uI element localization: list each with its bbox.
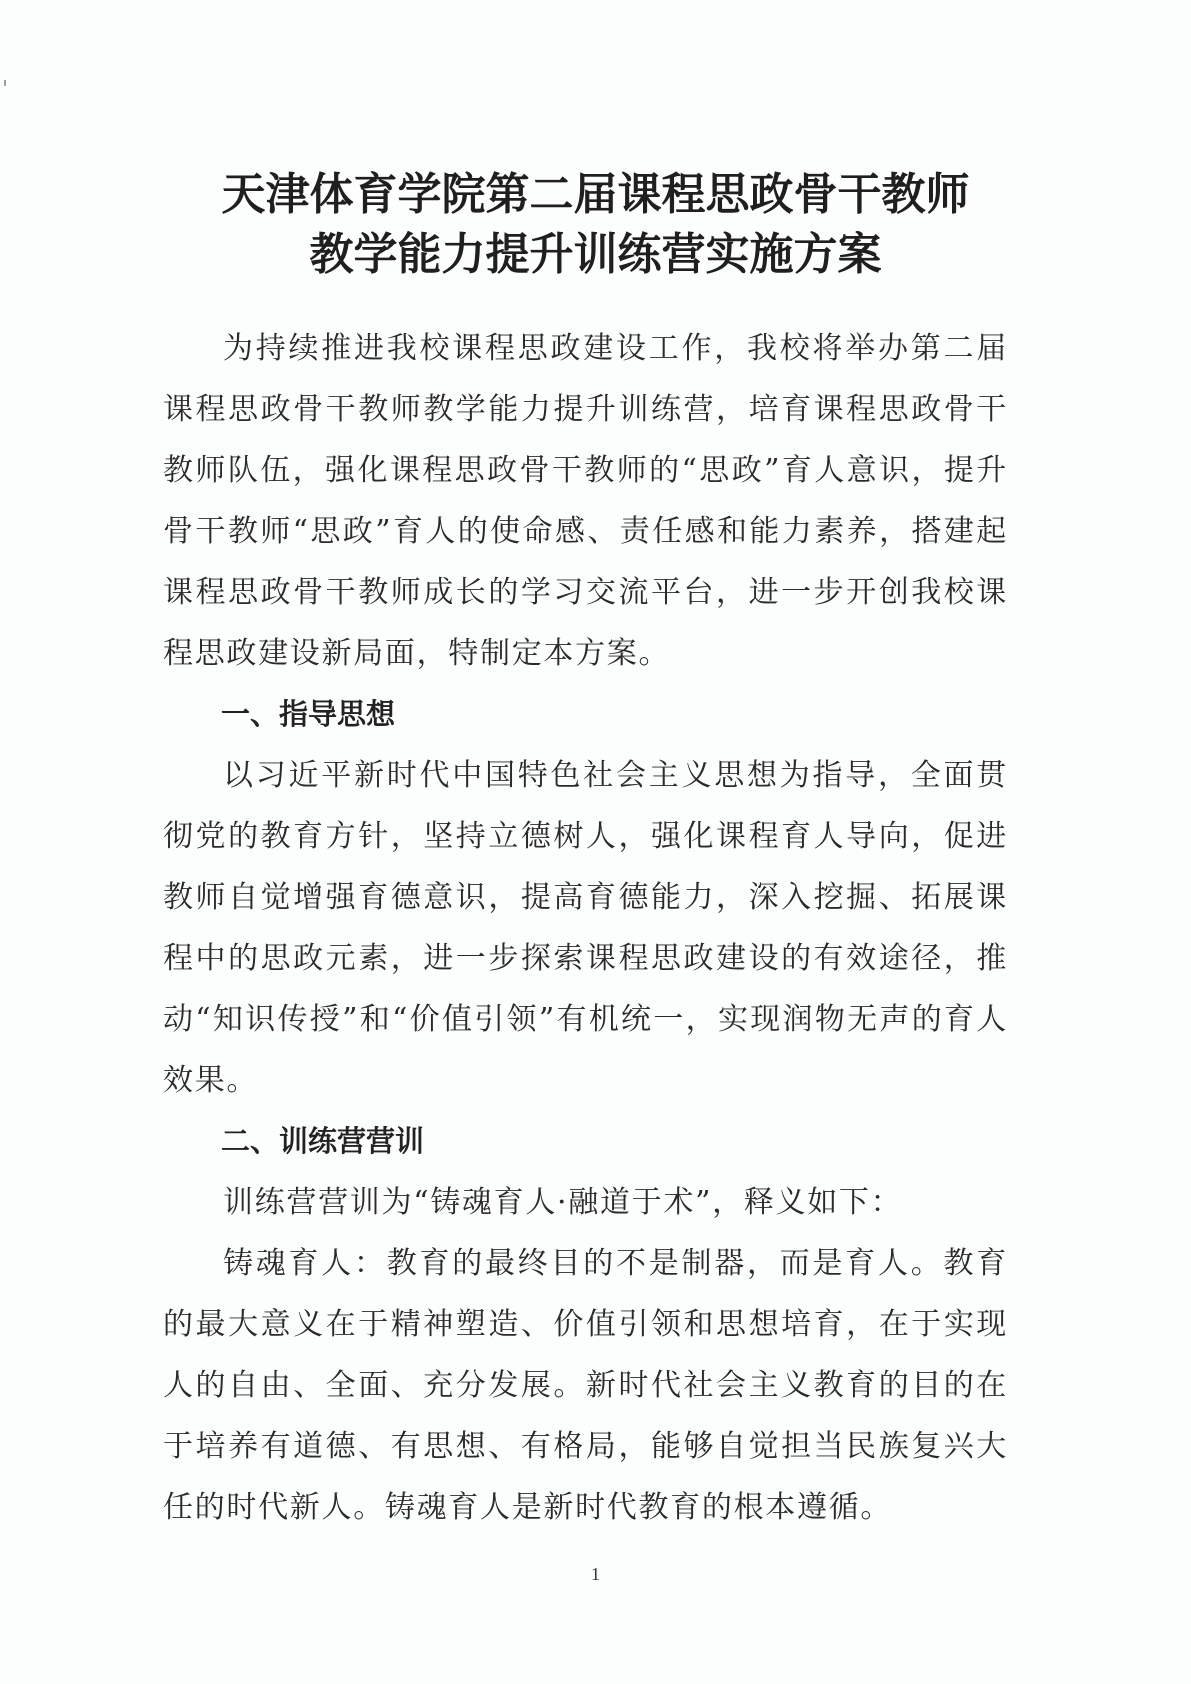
guiding-ideology-paragraph: 以习近平新时代中国特色社会主义思想为指导，全面贯彻党的教育方针，坚持立德树人，强… [163,745,1008,1111]
motto-explanation-paragraph: 铸魂育人：教育的最终目的不是制器，而是育人。教育的最大意义在于精神塑造、价值引领… [163,1233,1008,1538]
scan-edge-mark [4,80,6,86]
document-title-line1: 天津体育学院第二届课程思政骨干教师 [0,158,1191,222]
intro-paragraph: 为持续推进我校课程思政建设工作，我校将举办第二届课程思政骨干教师教学能力提升训练… [163,318,1008,684]
camp-motto-paragraph: 训练营营训为“铸魂育人·融道于术”，释义如下： [163,1172,1008,1233]
page-number: 1 [0,1564,1191,1585]
document-page: 天津体育学院第二届课程思政骨干教师 教学能力提升训练营实施方案 为持续推进我校课… [0,0,1191,1684]
section-heading-guiding-ideology: 一、指导思想 [163,684,1008,745]
document-body: 为持续推进我校课程思政建设工作，我校将举办第二届课程思政骨干教师教学能力提升训练… [163,318,1008,1538]
section-heading-camp-motto: 二、训练营营训 [163,1111,1008,1172]
document-title-line2: 教学能力提升训练营实施方案 [0,218,1191,282]
